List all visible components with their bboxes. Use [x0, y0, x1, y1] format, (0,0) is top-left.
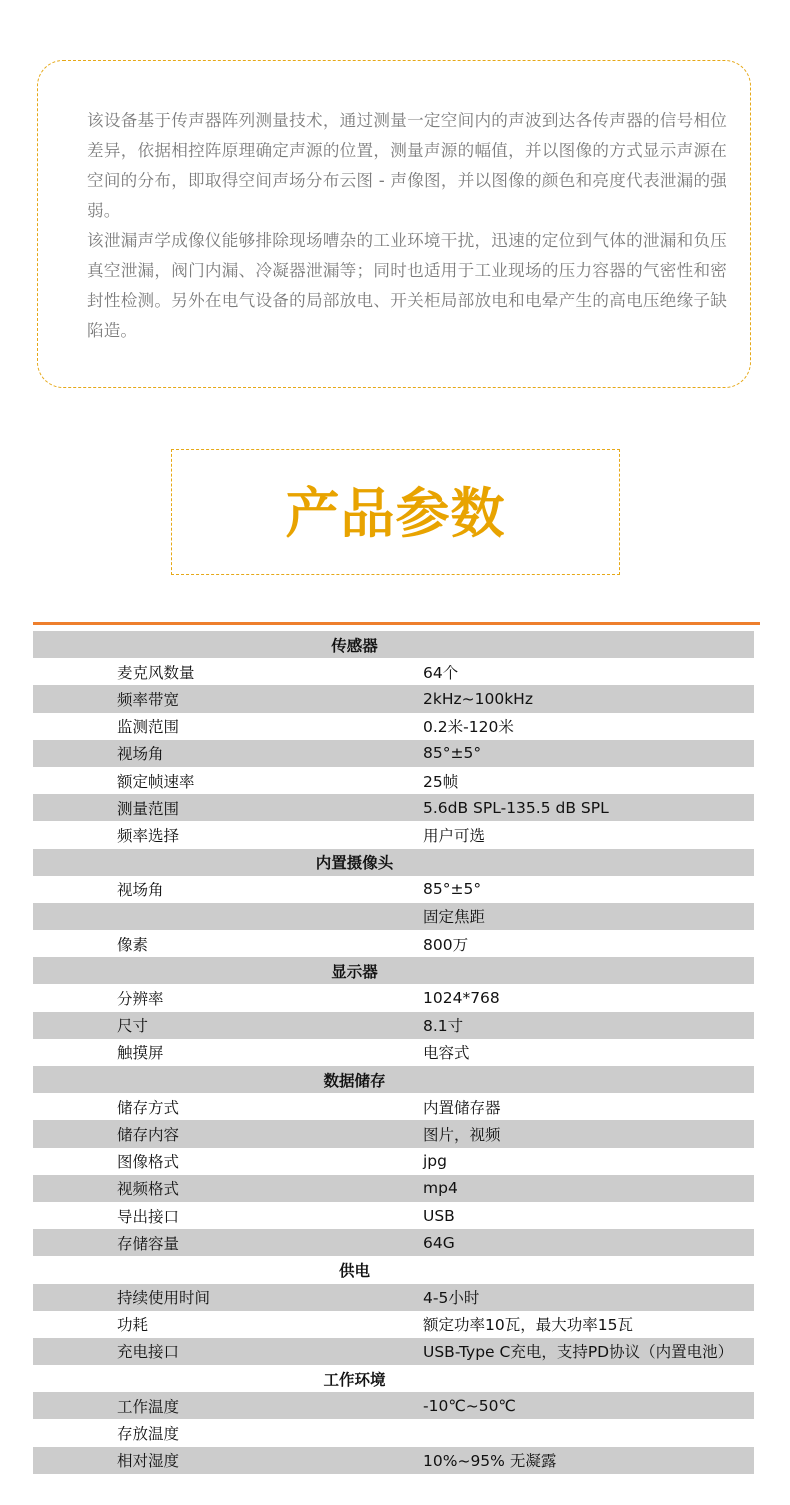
spec-label: 像素	[117, 933, 148, 955]
spec-row: 频率选择用户可选	[33, 821, 754, 848]
spec-row: 分辨率1024*768	[33, 984, 754, 1011]
spec-row: 像素800万	[33, 930, 754, 957]
spec-row: 视场角85°±5°	[33, 876, 754, 903]
spec-row: 功耗额定功率10瓦，最大功率15瓦	[33, 1311, 754, 1338]
spec-value: 2kHz~100kHz	[423, 690, 533, 708]
spec-row: 频率带宽2kHz~100kHz	[33, 685, 754, 712]
intro-description: 该设备基于传声器阵列测量技术，通过测量一定空间内的声波到达各传声器的信号相位差异…	[87, 106, 727, 346]
spec-label: 监测范围	[117, 715, 179, 737]
spec-section-header: 供电	[33, 1256, 754, 1283]
spec-label: 麦克风数量	[117, 661, 195, 683]
spec-value: 4-5小时	[423, 1286, 479, 1308]
spec-value: mp4	[423, 1179, 458, 1197]
spec-row: 视场角85°±5°	[33, 740, 754, 767]
spec-label: 功耗	[117, 1313, 148, 1335]
spec-label: 相对湿度	[117, 1449, 179, 1471]
spec-row: 测量范围5.6dB SPL-135.5 dB SPL	[33, 794, 754, 821]
spec-row: 充电接口USB-Type C充电，支持PD协议（内置电池）	[33, 1338, 754, 1365]
spec-row: 麦克风数量64个	[33, 658, 754, 685]
spec-row: 储存内容图片，视频	[33, 1120, 754, 1147]
section-label: 工作环境	[323, 1368, 385, 1390]
spec-value: 8.1寸	[423, 1014, 463, 1036]
spec-label: 额定帧速率	[117, 770, 195, 792]
spec-value: 额定功率10瓦，最大功率15瓦	[423, 1313, 633, 1335]
spec-label: 视频格式	[117, 1177, 179, 1199]
spec-row: 持续使用时间4-5小时	[33, 1284, 754, 1311]
spec-label: 储存内容	[117, 1123, 179, 1145]
section-label: 内置摄像头	[316, 851, 394, 873]
spec-section-header: 显示器	[33, 957, 754, 984]
spec-value: 85°±5°	[423, 744, 481, 762]
spec-value: 固定焦距	[423, 905, 485, 927]
spec-value: 电容式	[423, 1041, 470, 1063]
section-label: 供电	[339, 1259, 370, 1281]
spec-value: 5.6dB SPL-135.5 dB SPL	[423, 799, 609, 817]
spec-section-header: 数据储存	[33, 1066, 754, 1093]
spec-label: 尺寸	[117, 1014, 148, 1036]
spec-label: 存放温度	[117, 1422, 179, 1444]
spec-value: jpg	[423, 1152, 447, 1170]
spec-value: 25帧	[423, 770, 458, 792]
spec-row: 导出接口USB	[33, 1202, 754, 1229]
spec-value: -10℃~50℃	[423, 1397, 516, 1415]
spec-table: 传感器麦克风数量64个频率带宽2kHz~100kHz监测范围0.2米-120米视…	[33, 631, 754, 1474]
spec-value: USB	[423, 1207, 455, 1225]
spec-label: 储存方式	[117, 1096, 179, 1118]
spec-value: 64G	[423, 1234, 455, 1252]
section-title-box: 产品参数	[171, 449, 620, 575]
spec-value: 85°±5°	[423, 880, 481, 898]
spec-value: 内置储存器	[423, 1096, 501, 1118]
section-title: 产品参数	[286, 487, 506, 541]
spec-row: 存放温度	[33, 1419, 754, 1446]
spec-label: 图像格式	[117, 1150, 179, 1172]
spec-row: 存储容量64G	[33, 1229, 754, 1256]
spec-value: 图片，视频	[423, 1123, 501, 1145]
spec-label: 分辨率	[117, 987, 164, 1009]
spec-row: 图像格式jpg	[33, 1148, 754, 1175]
spec-section-header: 传感器	[33, 631, 754, 658]
spec-label: 导出接口	[117, 1205, 179, 1227]
spec-section-header: 工作环境	[33, 1365, 754, 1392]
spec-label: 视场角	[117, 742, 164, 764]
spec-label: 测量范围	[117, 797, 179, 819]
spec-row: 监测范围0.2米-120米	[33, 713, 754, 740]
spec-row: 视频格式mp4	[33, 1175, 754, 1202]
intro-paragraph-2: 该泄漏声学成像仪能够排除现场嘈杂的工业环境干扰，迅速的定位到气体的泄漏和负压真空…	[87, 226, 727, 346]
spec-value: 64个	[423, 661, 458, 683]
spec-row: 固定焦距	[33, 903, 754, 930]
spec-row: 触摸屏电容式	[33, 1039, 754, 1066]
spec-value: 0.2米-120米	[423, 715, 514, 737]
spec-value: 800万	[423, 933, 468, 955]
spec-label: 存储容量	[117, 1232, 179, 1254]
spec-value: 用户可选	[423, 824, 485, 846]
accent-divider	[33, 622, 760, 625]
spec-label: 触摸屏	[117, 1041, 164, 1063]
spec-label: 工作温度	[117, 1395, 179, 1417]
spec-row: 额定帧速率25帧	[33, 767, 754, 794]
spec-value: 1024*768	[423, 989, 500, 1007]
spec-label: 视场角	[117, 878, 164, 900]
spec-row: 储存方式内置储存器	[33, 1093, 754, 1120]
intro-paragraph-1: 该设备基于传声器阵列测量技术，通过测量一定空间内的声波到达各传声器的信号相位差异…	[87, 106, 727, 226]
spec-label: 频率选择	[117, 824, 179, 846]
spec-value: USB-Type C充电，支持PD协议（内置电池）	[423, 1340, 733, 1362]
section-label: 显示器	[331, 960, 378, 982]
spec-label: 持续使用时间	[117, 1286, 210, 1308]
spec-row: 工作温度-10℃~50℃	[33, 1392, 754, 1419]
section-label: 传感器	[331, 634, 378, 656]
spec-value: 10%~95% 无凝露	[423, 1449, 556, 1471]
spec-label: 充电接口	[117, 1340, 179, 1362]
intro-box: 该设备基于传声器阵列测量技术，通过测量一定空间内的声波到达各传声器的信号相位差异…	[37, 60, 751, 388]
spec-row: 相对湿度10%~95% 无凝露	[33, 1447, 754, 1474]
spec-label: 频率带宽	[117, 688, 179, 710]
spec-row: 尺寸8.1寸	[33, 1012, 754, 1039]
spec-section-header: 内置摄像头	[33, 849, 754, 876]
section-label: 数据储存	[323, 1069, 385, 1091]
